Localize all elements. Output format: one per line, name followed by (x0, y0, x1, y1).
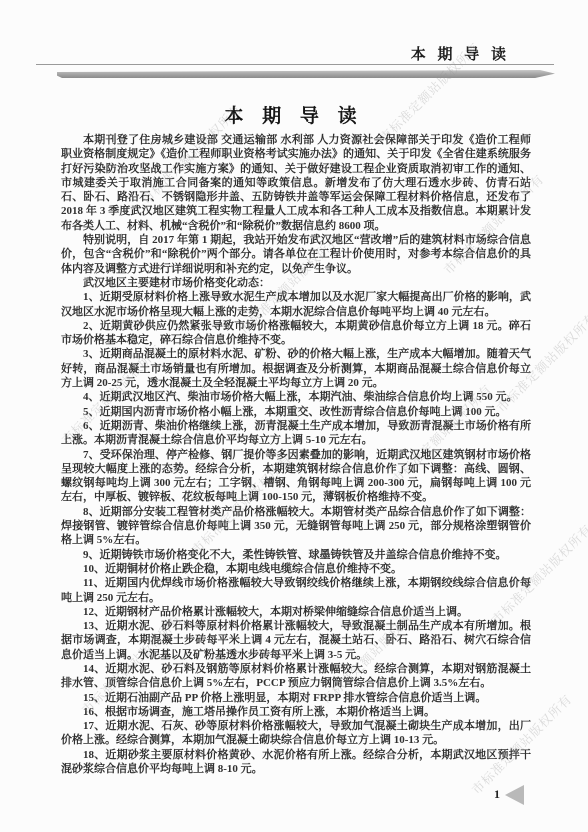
header-bar (57, 70, 555, 78)
page-title: 本 期 导 读 (0, 101, 588, 128)
list-item: 15、近期石油副产品 PP 价格上涨明显，本期对 FRPP 排水管综合信息价适当… (61, 691, 531, 705)
document-body: 本期刊登了住房城乡建设部 交通运输部 水利部 人力资源社会保障部关于印发《造价工… (61, 133, 531, 776)
list-item: 1、近期受原材料价格上涨导致水泥生产成本增加以及水泥厂家大幅提高出厂价格的影响，… (61, 290, 531, 319)
list-item: 16、根据市场调查，施工塔吊操作员工资有所上涨，本期价格适当上调。 (61, 705, 531, 719)
list-item: 18、近期砂浆主要原材料价格黄砂、水泥价格有所上涨。经综合分析，本期武汉地区预拌… (61, 748, 531, 777)
list-item: 4、近期武汉地区汽、柴油市场价格大幅上涨，本期汽油、柴油综合信息价均上调 550… (61, 390, 531, 404)
list-item: 7、受环保治理、停产检修、钢厂提价等多因素叠加的影响，近期武汉地区建筑钢材市场价… (61, 448, 531, 505)
document-page: 本 期 导 读 本 期 导 读 本期刊登了住房城乡建设部 交通运输部 水利部 人… (0, 0, 588, 832)
list-item: 6、近期沥青、柴油价格继续上涨，沥青混凝土生产成本增加，导致沥青混凝土市场价格有… (61, 419, 531, 448)
list-item: 14、近期水泥、砂石料及钢筋等原材料价格累计涨幅较大。经综合测算，本期对钢筋混凝… (61, 662, 531, 691)
triangle-icon (505, 785, 524, 805)
list-item: 5、近期国内沥青市场价格小幅上涨，本期重交、改性沥青综合信息价每吨上调 100 … (61, 405, 531, 419)
list-item: 17、近期水泥、石灰、砂等原材料价格涨幅较大，导致加气混凝土砌块生产成本增加，出… (61, 719, 531, 748)
list-item: 9、近期铸铁市场价格变化不大，柔性铸铁管、球墨铸铁管及井盖综合信息价维持不变。 (61, 548, 531, 562)
list-item: 3、近期商品混凝土的原材料水泥、矿粉、砂的价格大幅上涨，生产成本大幅增加。随着天… (61, 347, 531, 390)
list-item: 11、近期国内优焊线市场价格涨幅较大导致钢绞线价格继续上涨，本期钢绞线综合信息价… (61, 576, 531, 605)
list-item: 12、近期钢材产品价格累计涨幅较大，本期对桥梁伸缩缝综合信息价适当上调。 (61, 605, 531, 619)
list-item: 13、近期水泥、砂石料等原材料价格累计涨幅较大，导致混凝土制品生产成本有所增加。… (61, 619, 531, 662)
header-rule (36, 64, 554, 65)
page-number: 1 (494, 787, 500, 802)
list-item: 8、近期部分安装工程管材类产品价格涨幅较大。本期管材类产品综合信息价作了如下调整… (61, 505, 531, 548)
list-item: 2、近期黄砂供应仍然紧张导致市场价格涨幅较大，本期黄砂信息价每立方上调 18 元… (61, 319, 531, 348)
special-note-paragraph: 特别说明，自 2017 年第 1 期起，我站开始发布武汉地区“营改增”后的建筑材… (61, 233, 531, 276)
list-item: 10、近期铜材价格止跌企稳，本期电线电缆综合信息价维持不变。 (61, 562, 531, 576)
dynamics-heading: 武汉地区主要建材市场价格变化动态： (61, 276, 531, 290)
running-header-title: 本 期 导 读 (411, 43, 510, 64)
intro-paragraph: 本期刊登了住房城乡建设部 交通运输部 水利部 人力资源社会保障部关于印发《造价工… (61, 133, 531, 233)
